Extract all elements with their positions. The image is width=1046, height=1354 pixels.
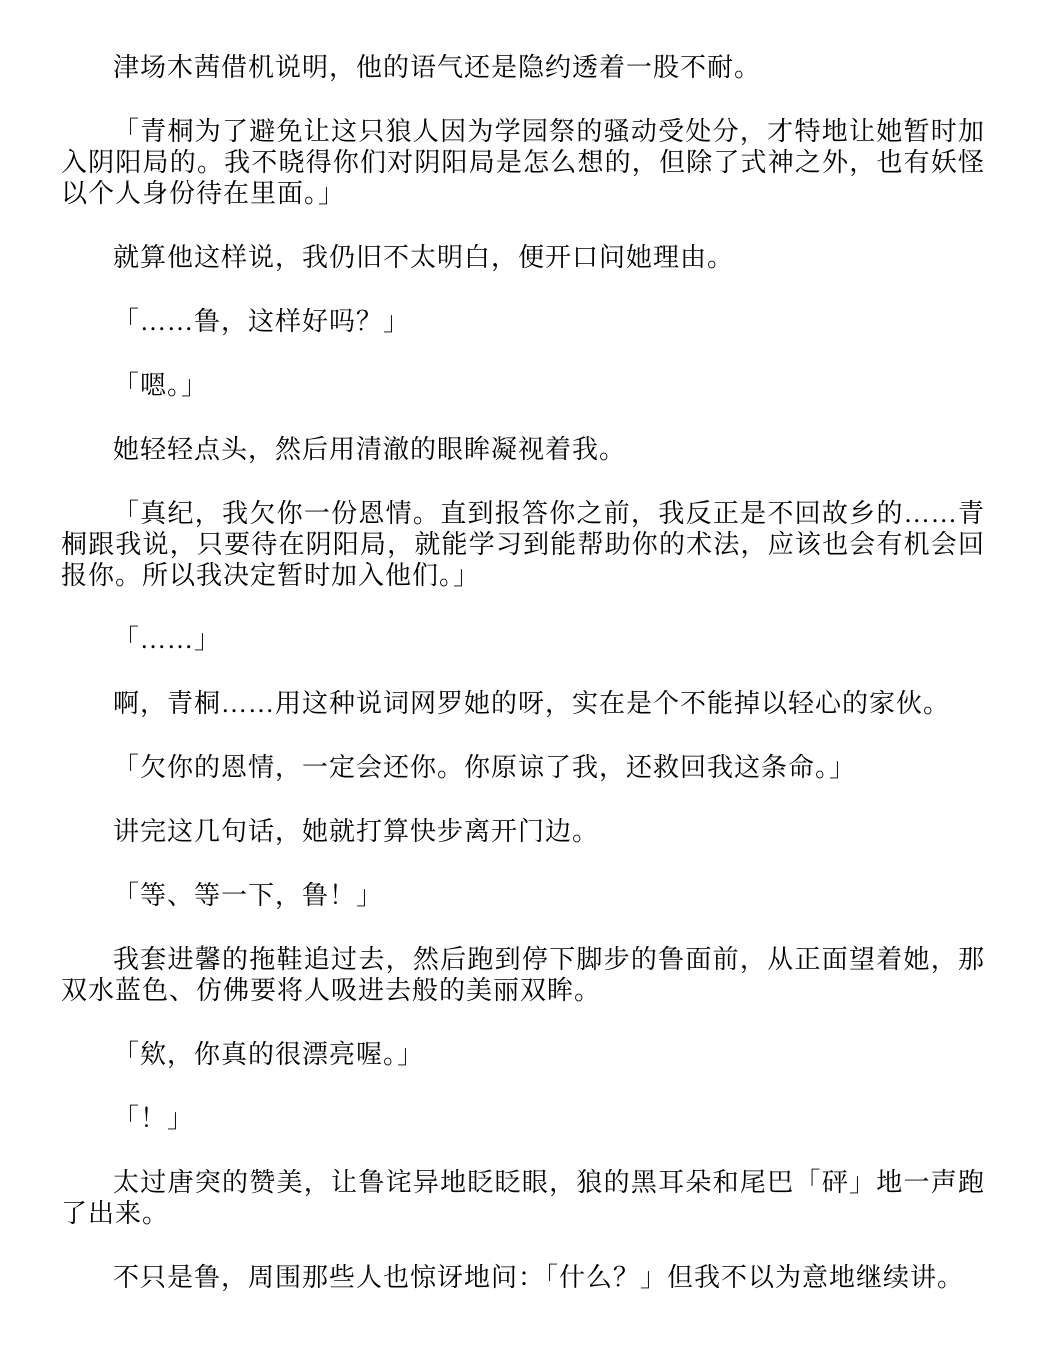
paragraph: 我套进馨的拖鞋追过去，然后跑到停下脚步的鲁面前，从正面望着她，那双水蓝色、仿佛要… bbox=[61, 944, 985, 1006]
paragraph: 太过唐突的赞美，让鲁诧异地眨眨眼，狼的黑耳朵和尾巴「砰」地一声跑了出来。 bbox=[61, 1167, 985, 1229]
paragraph: 「欸，你真的很漂亮喔。」 bbox=[61, 1039, 985, 1070]
paragraph: 「！」 bbox=[61, 1103, 985, 1134]
paragraph: 就算他这样说，我仍旧不太明白，便开口问她理由。 bbox=[61, 242, 985, 273]
paragraph: 「真纪，我欠你一份恩情。直到报答你之前，我反正是不回故乡的……青桐跟我说，只要待… bbox=[61, 498, 985, 591]
paragraph: 津场木茜借机说明，他的语气还是隐约透着一股不耐。 bbox=[61, 52, 985, 83]
paragraph: 「嗯。」 bbox=[61, 370, 985, 401]
paragraph: 她轻轻点头，然后用清澈的眼眸凝视着我。 bbox=[61, 434, 985, 465]
text-column: 津场木茜借机说明，他的语气还是隐约透着一股不耐。「青桐为了避免让这只狼人因为学园… bbox=[61, 52, 985, 1293]
paragraph: 「……」 bbox=[61, 624, 985, 655]
paragraph: 「欠你的恩情，一定会还你。你原谅了我，还救回我这条命。」 bbox=[61, 752, 985, 783]
page: 津场木茜借机说明，他的语气还是隐约透着一股不耐。「青桐为了避免让这只狼人因为学园… bbox=[0, 0, 1046, 1354]
paragraph: 「……鲁，这样好吗？」 bbox=[61, 306, 985, 337]
paragraph: 不只是鲁，周围那些人也惊讶地问：「什么？」但我不以为意地继续讲。 bbox=[61, 1262, 985, 1293]
paragraph: 「等、等一下，鲁！」 bbox=[61, 880, 985, 911]
paragraph: 啊，青桐……用这种说词网罗她的呀，实在是个不能掉以轻心的家伙。 bbox=[61, 688, 985, 719]
paragraph: 讲完这几句话，她就打算快步离开门边。 bbox=[61, 816, 985, 847]
paragraph: 「青桐为了避免让这只狼人因为学园祭的骚动受处分，才特地让她暂时加入阴阳局的。我不… bbox=[61, 116, 985, 209]
